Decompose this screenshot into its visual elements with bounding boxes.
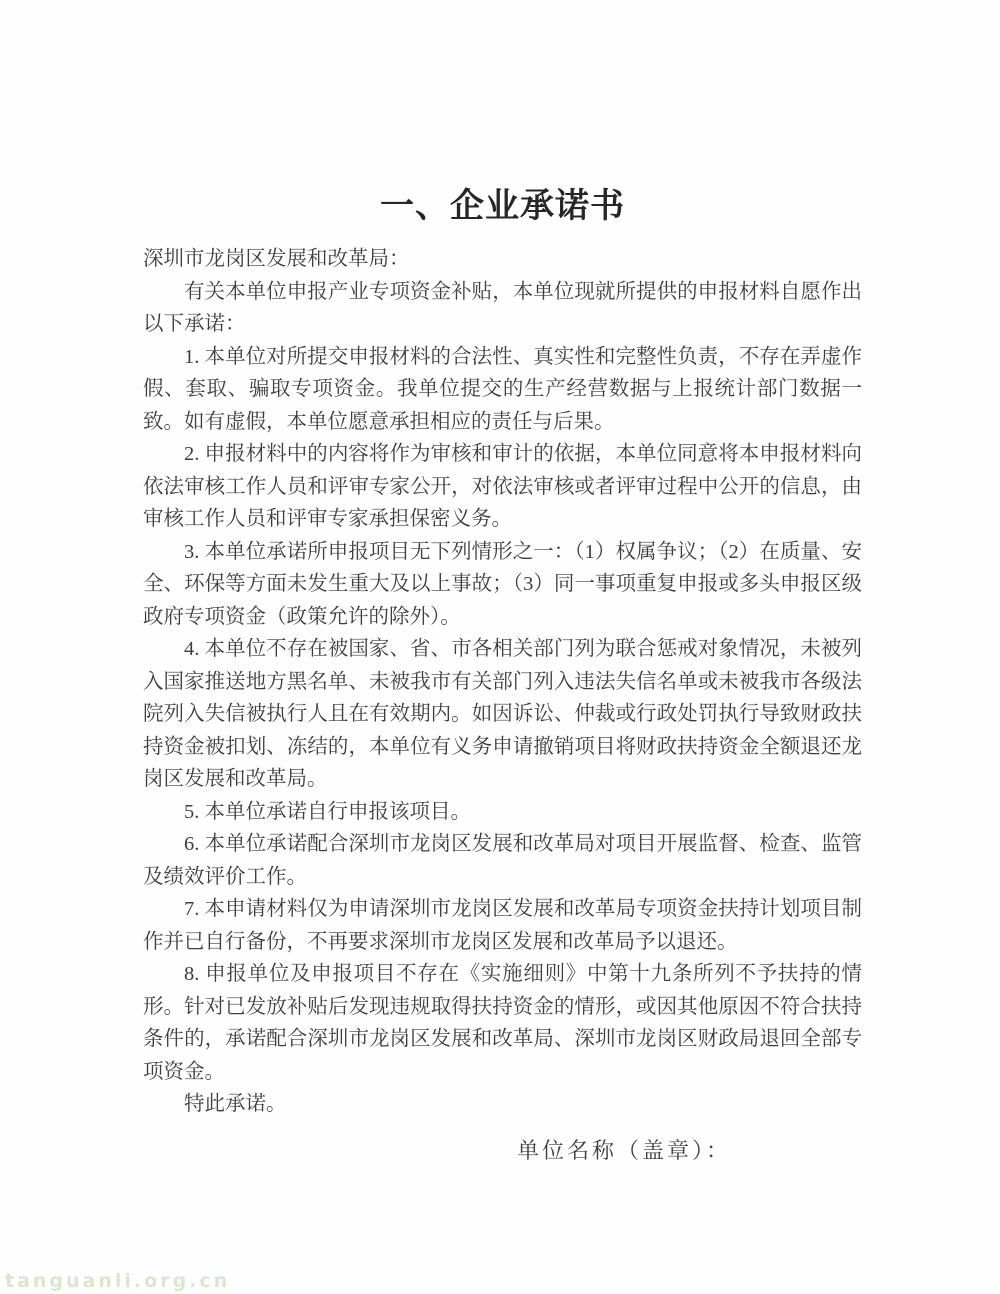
commitment-item-6: 6. 本单位承诺配合深圳市龙岗区发展和改革局对项目开展监督、检查、监管及绩效评价…	[143, 828, 862, 893]
signature-label: 单位名称（盖章）：	[143, 1134, 862, 1168]
commitment-item-5: 5. 本单位承诺自行申报该项目。	[143, 796, 862, 829]
intro-paragraph: 有关本单位申报产业专项资金补贴，本单位现就所提供的申报材料自愿作出以下承诺：	[143, 276, 862, 341]
salutation: 深圳市龙岗区发展和改革局：	[143, 243, 862, 276]
commitment-item-3: 3. 本单位承诺所申报项目无下列情形之一：（1）权属争议；（2）在质量、安全、环…	[143, 536, 862, 634]
commitment-item-7: 7. 本申请材料仅为申请深圳市龙岗区发展和改革局专项资金扶持计划项目制作并已自行…	[143, 893, 862, 958]
watermark-text: tanguanli.org.cn	[5, 1270, 230, 1292]
commitment-letter: 一、企业承诺书 深圳市龙岗区发展和改革局： 有关本单位申报产业专项资金补贴，本单…	[143, 185, 862, 1168]
page-title: 一、企业承诺书	[143, 185, 862, 229]
closing-line: 特此承诺。	[143, 1088, 862, 1121]
commitment-item-4: 4. 本单位不存在被国家、省、市各相关部门列为联合惩戒对象情况，未被列入国家推送…	[143, 633, 862, 796]
commitment-item-1: 1. 本单位对所提交申报材料的合法性、真实性和完整性负责，不存在弄虚作假、套取、…	[143, 341, 862, 439]
document-page: 一、企业承诺书 深圳市龙岗区发展和改革局： 有关本单位申报产业专项资金补贴，本单…	[0, 0, 1000, 1294]
commitment-item-8: 8. 申报单位及申报项目不存在《实施细则》中第十九条所列不予扶持的情形。针对已发…	[143, 958, 862, 1088]
commitment-item-2: 2. 申报材料中的内容将作为审核和审计的依据，本单位同意将本申报材料向依法审核工…	[143, 438, 862, 536]
